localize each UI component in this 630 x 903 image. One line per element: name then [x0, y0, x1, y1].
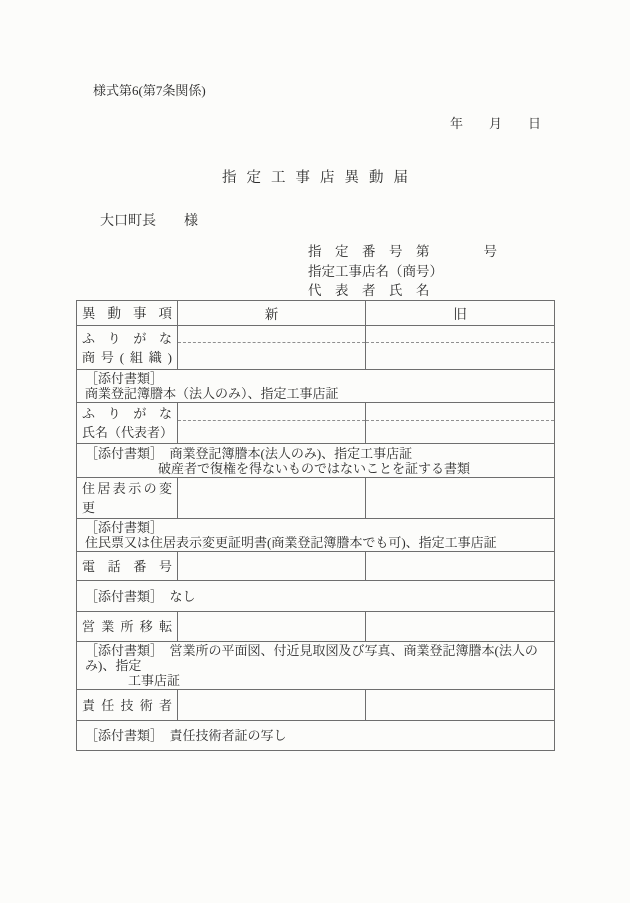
cell-residence-new: [178, 478, 366, 519]
cell-representative-old: [366, 403, 555, 444]
row-attachments-telephone: ［添付書類］ なし: [77, 581, 555, 612]
label-office-relocation: 営業所移転: [77, 612, 178, 642]
cell-office-old: [366, 612, 555, 642]
row-office-relocation: 営業所移転: [77, 612, 555, 642]
document-title: 指定工事店異動届: [0, 166, 630, 187]
addressee-line: 大口町長 様: [100, 210, 198, 230]
identification-block: 指 定 番 号 第 号 指定工事店名（商号） 代 表 者 氏 名: [308, 242, 497, 301]
cell-engineer-old: [366, 690, 555, 721]
furigana-separator: [366, 342, 554, 343]
column-header-item: 異動事項: [77, 301, 178, 326]
row-attachments-engineer: ［添付書類］ 責任技術者証の写し: [77, 721, 555, 751]
row-attachments-trade-name: ［添付書類］ 商業登記簿謄本（法人のみ）、指定工事店証: [77, 370, 555, 403]
shop-name-line: 指定工事店名（商号）: [308, 262, 497, 282]
row-attachments-residence: ［添付書類］ 住民票又は住居表示変更証明書(商業登記簿謄本でも可)、指定工事店証: [77, 519, 555, 552]
furigana-separator: [178, 420, 365, 421]
attachments-residence: ［添付書類］ 住民票又は住居表示変更証明書(商業登記簿謄本でも可)、指定工事店証: [77, 519, 555, 552]
row-residence-change: 住居表示の変更: [77, 478, 555, 519]
row-attachments-representative: ［添付書類］ 商業登記簿謄本(法人のみ)、指定工事店証 破産者で復権を得ないもの…: [77, 444, 555, 478]
designation-number-line: 指 定 番 号 第 号: [308, 242, 497, 262]
attachments-engineer: ［添付書類］ 責任技術者証の写し: [77, 721, 555, 751]
cell-engineer-new: [178, 690, 366, 721]
representative-name-line: 代 表 者 氏 名: [308, 281, 497, 301]
column-header-new: 新: [178, 301, 366, 326]
row-attachments-office: ［添付書類］ 営業所の平面図、付近見取図及び写真、商業登記簿謄本(法人のみ)、指…: [77, 642, 555, 690]
furigana-separator: [366, 420, 554, 421]
cell-representative-new: [178, 403, 366, 444]
form-number-label: 様式第6(第7条関係): [93, 80, 206, 99]
furigana-separator: [178, 342, 365, 343]
label-representative-name: ふりがな 氏名（代表者）: [77, 403, 178, 444]
column-header-old: 旧: [366, 301, 555, 326]
cell-trade-name-new: [178, 326, 366, 370]
row-telephone: 電話番号: [77, 552, 555, 581]
row-responsible-engineer: 責任技術者: [77, 690, 555, 721]
table-header-row: 異動事項 新 旧: [77, 301, 555, 326]
attachments-representative: ［添付書類］ 商業登記簿謄本(法人のみ)、指定工事店証 破産者で復権を得ないもの…: [77, 444, 555, 478]
date-line: 年 月 日: [450, 113, 541, 132]
label-trade-name: ふりがな 商号(組織): [77, 326, 178, 370]
label-residence-change: 住居表示の変更: [77, 478, 178, 519]
cell-telephone-new: [178, 552, 366, 581]
row-trade-name: ふりがな 商号(組織): [77, 326, 555, 370]
cell-office-new: [178, 612, 366, 642]
document-page: 様式第6(第7条関係) 年 月 日 指定工事店異動届 大口町長 様 指 定 番 …: [0, 0, 630, 903]
cell-telephone-old: [366, 552, 555, 581]
change-items-table: 異動事項 新 旧 ふりがな 商号(組織) ［添付書類］ 商業登記簿謄本（法人のみ…: [76, 300, 555, 751]
label-responsible-engineer: 責任技術者: [77, 690, 178, 721]
attachments-office: ［添付書類］ 営業所の平面図、付近見取図及び写真、商業登記簿謄本(法人のみ)、指…: [77, 642, 555, 690]
cell-trade-name-old: [366, 326, 555, 370]
label-telephone: 電話番号: [77, 552, 178, 581]
cell-residence-old: [366, 478, 555, 519]
row-representative-name: ふりがな 氏名（代表者）: [77, 403, 555, 444]
attachments-telephone: ［添付書類］ なし: [77, 581, 555, 612]
attachments-trade-name: ［添付書類］ 商業登記簿謄本（法人のみ）、指定工事店証: [77, 370, 555, 403]
